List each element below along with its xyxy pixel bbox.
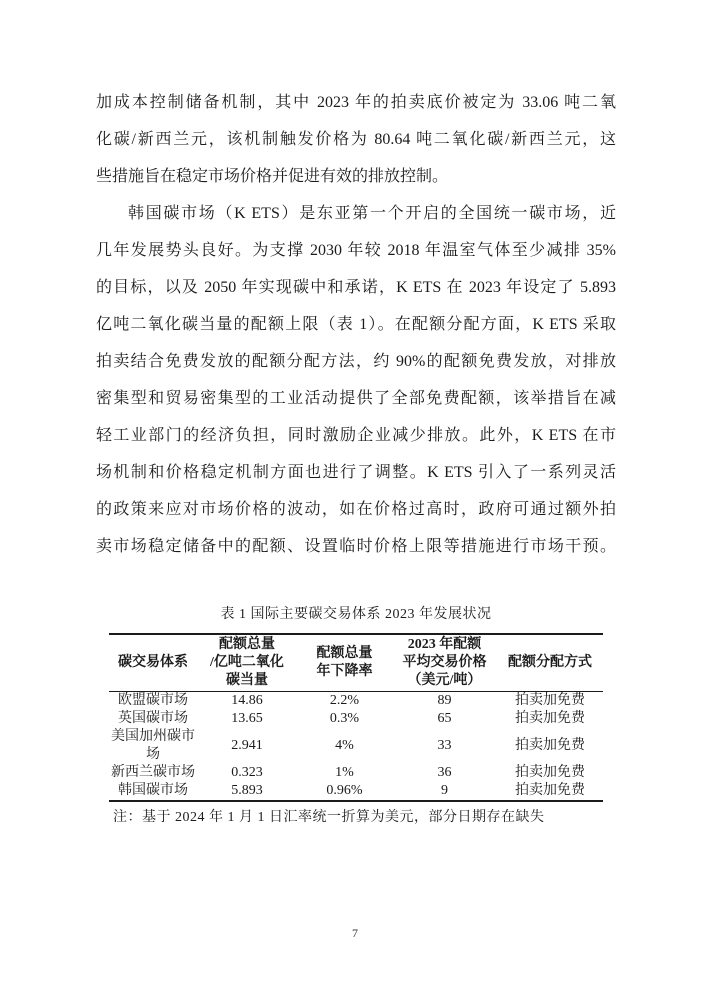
table-cell: 36 [392, 764, 497, 782]
text-line: 拍卖结合免费发放的配额分配方法，约 90%的配额免费发放，对排放 [96, 343, 616, 380]
text-line: 亿吨二氧化碳当量的配额上限（表 1）。在配额分配方面，K ETS 采取 [96, 306, 616, 343]
table-row: 新西兰碳市场0.3231%36拍卖加免费 [109, 764, 603, 782]
table-cell: 1% [297, 764, 392, 782]
text-line: 的目标，以及 2050 年实现碳中和承诺，K ETS 在 2023 年设定了 5… [96, 269, 616, 306]
table-note: 注：基于 2024 年 1 月 1 日汇率统一折算为美元，部分日期存在缺失 [96, 808, 616, 827]
table-row: 美国加州碳市场2.9414%33拍卖加免费 [109, 728, 603, 764]
carbon-market-table: 碳交易体系配额总量 /亿吨二氧化 碳当量配额总量 年下降率2023 年配额 平均… [109, 633, 603, 802]
table-cell: 65 [392, 710, 497, 728]
table-cell: 拍卖加免费 [497, 728, 603, 764]
document-page: 加成本控制储备机制，其中 2023 年的拍卖底价被定为 33.06 吨二氧化碳/… [0, 0, 710, 1004]
table-row: 欧盟碳市场14.862.2%89拍卖加免费 [109, 692, 603, 711]
table-cell: 2.941 [197, 728, 297, 764]
table-cell: 英国碳市场 [109, 710, 197, 728]
table-header: 碳交易体系配额总量 /亿吨二氧化 碳当量配额总量 年下降率2023 年配额 平均… [109, 634, 603, 692]
table-cell: 拍卖加免费 [497, 710, 603, 728]
text-line: 轻工业部门的经济负担，同时激励企业减少排放。此外，K ETS 在市 [96, 417, 616, 454]
table-cell: 9 [392, 782, 497, 801]
column-header: 配额总量 /亿吨二氧化 碳当量 [197, 634, 297, 692]
table-cell: 欧盟碳市场 [109, 692, 197, 711]
text-line: 卖市场稳定储备中的配额、设置临时价格上限等措施进行市场干预。 [96, 528, 616, 565]
table-cell: 0.3% [297, 710, 392, 728]
table-cell: 拍卖加免费 [497, 782, 603, 801]
page-number: 7 [0, 926, 710, 941]
text-line: 些措施旨在稳定市场价格并促进有效的排放控制。 [96, 158, 616, 195]
column-header: 配额分配方式 [497, 634, 603, 692]
table-cell: 33 [392, 728, 497, 764]
text-line: 几年发展势头良好。为支撑 2030 年较 2018 年温室气体至少减排 35% [96, 232, 616, 269]
text-line: 加成本控制储备机制，其中 2023 年的拍卖底价被定为 33.06 吨二氧 [96, 84, 616, 121]
table-cell: 新西兰碳市场 [109, 764, 197, 782]
table-caption: 表 1 国际主要碳交易体系 2023 年发展状况 [96, 605, 616, 625]
table-cell: 5.893 [197, 782, 297, 801]
column-header: 碳交易体系 [109, 634, 197, 692]
table-cell: 拍卖加免费 [497, 692, 603, 711]
column-header: 2023 年配额 平均交易价格 （美元/吨） [392, 634, 497, 692]
table-cell: 4% [297, 728, 392, 764]
table-row: 韩国碳市场5.8930.96%9拍卖加免费 [109, 782, 603, 801]
table-cell: 0.96% [297, 782, 392, 801]
body-text: 加成本控制储备机制，其中 2023 年的拍卖底价被定为 33.06 吨二氧化碳/… [96, 84, 616, 565]
table-cell: 拍卖加免费 [497, 764, 603, 782]
table-cell: 14.86 [197, 692, 297, 711]
text-line: 化碳/新西兰元，该机制触发价格为 80.64 吨二氧化碳/新西兰元，这 [96, 121, 616, 158]
column-header: 配额总量 年下降率 [297, 634, 392, 692]
table-cell: 韩国碳市场 [109, 782, 197, 801]
text-line: 场机制和价格稳定机制方面也进行了调整。K ETS 引入了一系列灵活 [96, 454, 616, 491]
table-cell: 89 [392, 692, 497, 711]
table-cell: 美国加州碳市场 [109, 728, 197, 764]
table-cell: 2.2% [297, 692, 392, 711]
table-header-row: 碳交易体系配额总量 /亿吨二氧化 碳当量配额总量 年下降率2023 年配额 平均… [109, 634, 603, 692]
table-row: 英国碳市场13.650.3%65拍卖加免费 [109, 710, 603, 728]
table-cell: 0.323 [197, 764, 297, 782]
text-line: 的政策来应对市场价格的波动，如在价格过高时，政府可通过额外拍 [96, 491, 616, 528]
table-cell: 13.65 [197, 710, 297, 728]
table-body: 欧盟碳市场14.862.2%89拍卖加免费英国碳市场13.650.3%65拍卖加… [109, 692, 603, 802]
text-line: 韩国碳市场（K ETS）是东亚第一个开启的全国统一碳市场，近 [96, 195, 616, 232]
page-content: 加成本控制储备机制，其中 2023 年的拍卖底价被定为 33.06 吨二氧化碳/… [96, 84, 616, 827]
text-line: 密集型和贸易密集型的工业活动提供了全部免费配额，该举措旨在减 [96, 380, 616, 417]
